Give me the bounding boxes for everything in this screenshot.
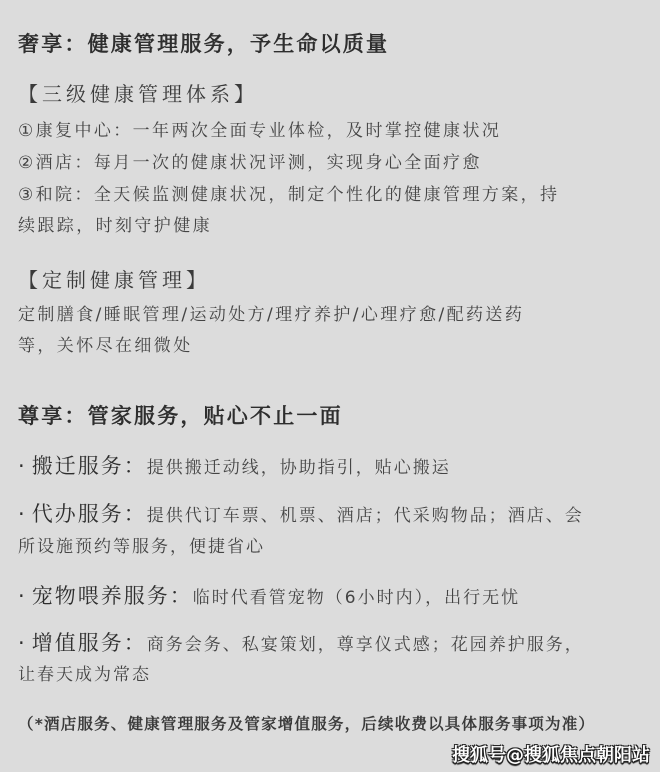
service-item-errands: · 代办服务：提供代订车票、机票、酒店；代采购物品；酒店、会 (18, 498, 584, 528)
section-title-butler: 尊享：管家服务，贴心不止一面 (18, 400, 343, 430)
service-name: 搬迁服务： (32, 454, 147, 478)
bullet: · (18, 454, 27, 478)
custom-health-line-2: 等，关怀尽在细微处 (18, 331, 193, 356)
bullet: · (18, 631, 27, 655)
service-desc: 临时代看管宠物（6小时内），出行无忧 (193, 588, 520, 608)
service-item-pet: · 宠物喂养服务：临时代看管宠物（6小时内），出行无忧 (18, 580, 520, 610)
service-desc: 商务会务、私宴策划，尊享仪式感；花园养护服务， (147, 635, 584, 655)
service-item-moving: · 搬迁服务：提供搬迁动线，协助指引，贴心搬运 (18, 450, 451, 480)
service-desc: 提供代订车票、机票、酒店；代采购物品；酒店、会 (147, 506, 584, 526)
custom-health-line-1: 定制膳食/睡眠管理/运动处方/理疗养护/心理疗愈/配药送药 (18, 300, 524, 325)
watermark: 搜狐号@搜狐焦点朝阳站 (452, 741, 650, 767)
service-item-value-added: · 增值服务：商务会务、私宴策划，尊享仪式感；花园养护服务， (18, 627, 584, 657)
bullet: · (18, 502, 27, 526)
section-title-health: 奢享：健康管理服务，予生命以质量 (18, 28, 389, 58)
heading-three-level-system: 【三级健康管理体系】 (18, 78, 258, 107)
system-item-3-cont: 续跟踪，时刻守护健康 (18, 211, 212, 236)
service-name: 代办服务： (32, 502, 147, 526)
bullet: · (18, 584, 27, 608)
system-item-1: ①康复中心：一年两次全面专业体检，及时掌控健康状况 (18, 116, 501, 141)
document-page: 奢享：健康管理服务，予生命以质量 【三级健康管理体系】 ①康复中心：一年两次全面… (0, 0, 660, 772)
service-name: 增值服务： (32, 631, 147, 655)
fee-note: （*酒店服务、健康管理服务及管家增值服务，后续收费以具体服务事项为准） (18, 712, 595, 734)
service-name: 宠物喂养服务： (32, 584, 193, 608)
system-item-2: ②酒店：每月一次的健康状况评测，实现身心全面疗愈 (18, 148, 482, 173)
service-value-added-cont: 让春天成为常态 (18, 660, 151, 685)
service-desc: 提供搬迁动线，协助指引，贴心搬运 (147, 458, 451, 478)
system-item-3: ③和院：全天候监测健康状况，制定个性化的健康管理方案，持 (18, 180, 559, 205)
heading-custom-health: 【定制健康管理】 (18, 264, 210, 293)
service-errands-cont: 所设施预约等服务，便捷省心 (18, 532, 265, 557)
